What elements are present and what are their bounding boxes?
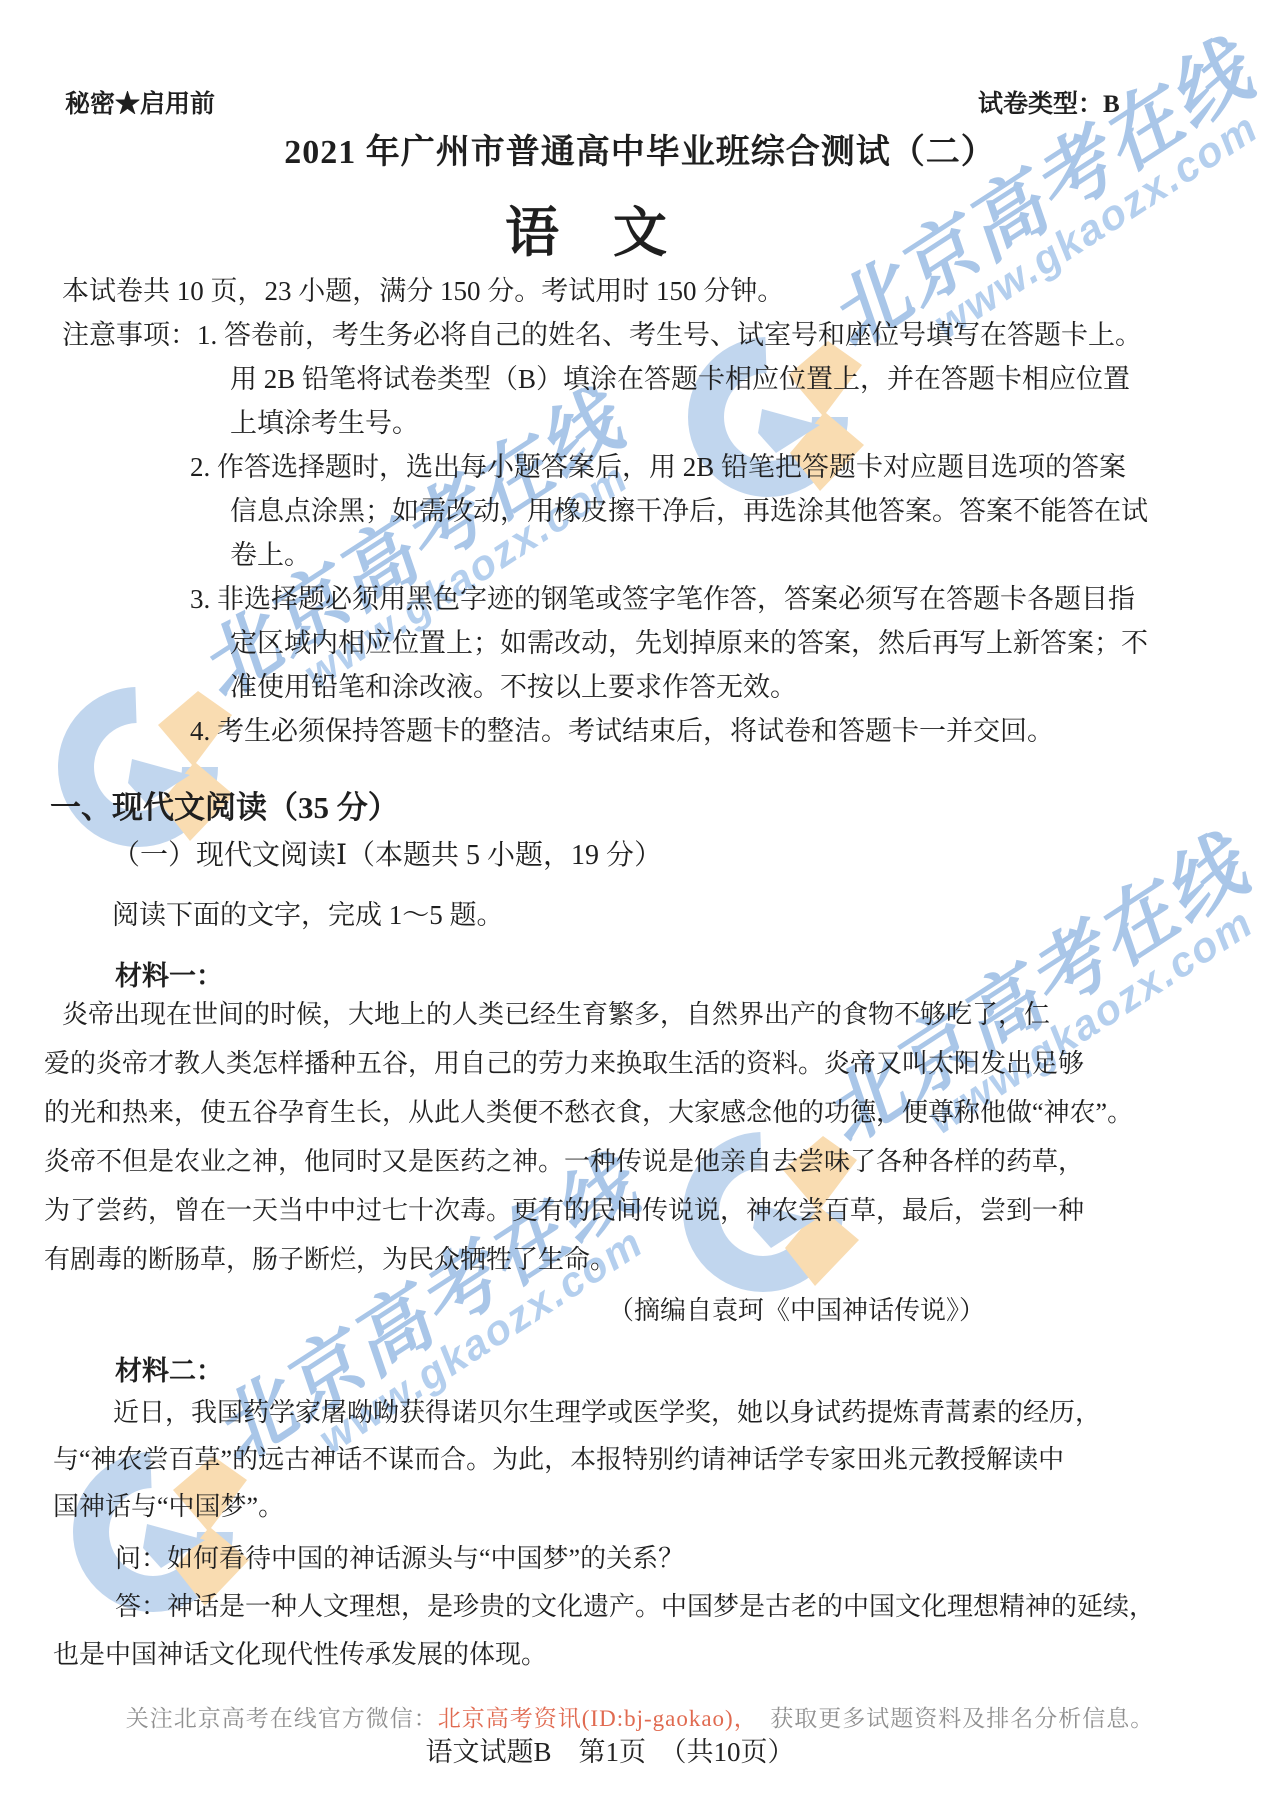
- section-heading: 一、现代文阅读（35 分）: [50, 782, 399, 827]
- footnote-highlight: 北京高考资讯(ID:bj-gaokao)，: [438, 1706, 746, 1731]
- material1-paragraph: 炎帝出现在世间的时候，大地上的人类已经生育繁多，自然界出产的食物不够吃了，仁 爱…: [44, 990, 1133, 1284]
- material1-line: 炎帝不但是农业之神，他同时又是医药之神。一种传说是他亲自去尝味了各种各样的药草，: [44, 1137, 1133, 1186]
- footnote-suffix: 获取更多试题资料及排名分析信息。: [746, 1706, 1154, 1731]
- material1-source: （摘编自袁珂《中国神话传说》）: [608, 1290, 985, 1327]
- exam-instructions: 本试卷共 10 页，23 小题，满分 150 分。考试用时 150 分钟。 注意…: [62, 269, 1240, 753]
- paper-content: 秘密★启用前 试卷类型：B 2021 年广州市普通高中毕业班综合测试（二） 语 …: [0, 0, 1280, 1817]
- material1-line: 的光和热来，使五谷孕育生长，从此人类便不愁衣食，大家感念他的功德，便尊称他做“神…: [44, 1088, 1133, 1137]
- qa-question: 问：如何看待中国的神话源头与“中国梦”的关系？: [53, 1535, 1155, 1583]
- subsection-heading: （一）现代文阅读Ⅰ（本题共 5 小题，19 分）: [112, 833, 662, 873]
- footnote-prefix: 关注北京高考在线官方微信：: [126, 1706, 438, 1731]
- secrecy-label: 秘密★启用前: [65, 84, 215, 120]
- intro-line: 上填涂考生号。: [230, 401, 1240, 445]
- intro-line: 卷上。: [230, 533, 1240, 577]
- material2-paragraph: 近日，我国药学家屠呦呦获得诺贝尔生理学或医学奖，她以身试药提炼青蒿素的经历， 与…: [53, 1389, 1101, 1530]
- paper-type-label: 试卷类型：B: [978, 84, 1120, 120]
- intro-line: 定区域内相应位置上；如需改动，先划掉原来的答案，然后再写上新答案；不: [230, 621, 1240, 665]
- intro-line: 准使用铅笔和涂改液。不按以上要求作答无效。: [230, 665, 1240, 709]
- page-title: 2021 年广州市普通高中毕业班综合测试（二）: [0, 124, 1280, 173]
- material2-line: 近日，我国药学家屠呦呦获得诺贝尔生理学或医学奖，她以身试药提炼青蒿素的经历，: [53, 1389, 1101, 1436]
- qa-answer-line: 答：神话是一种人文理想，是珍贵的文化遗产。中国梦是古老的中国文化理想精神的延续，: [53, 1583, 1155, 1631]
- intro-line: 本试卷共 10 页，23 小题，满分 150 分。考试用时 150 分钟。: [62, 269, 1240, 313]
- qa-answer-line: 也是中国神话文化现代性传承发展的体现。: [53, 1631, 1155, 1679]
- material2-label: 材料二：: [115, 1349, 223, 1388]
- material1-line: 为了尝药，曾在一天当中中过七十次毒。更有的民间传说说，神农尝百草，最后，尝到一种: [44, 1186, 1133, 1235]
- intro-line: 4. 考生必须保持答题卡的整洁。考试结束后，将试卷和答题卡一并交回。: [190, 709, 1240, 753]
- material2-line: 与“神农尝百草”的远古神话不谋而合。为此，本报特别约请神话学专家田兆元教授解读中: [53, 1436, 1101, 1483]
- intro-line: 信息点涂黑；如需改动，用橡皮擦干净后，再选涂其他答案。答案不能答在试: [230, 489, 1240, 533]
- intro-line: 2. 作答选择题时，选出每小题答案后，用 2B 铅笔把答题卡对应题目选项的答案: [190, 445, 1240, 489]
- exam-paper-page: 北京高考在线 www.gkaozx.com 北京高考在线 www.gkaozx.…: [0, 0, 1280, 1817]
- material1-line: 爱的炎帝才教人类怎样播种五谷，用自己的劳力来换取生活的资料。炎帝又叫太阳发出足够: [44, 1039, 1133, 1088]
- material1-line: 有剧毒的断肠草，肠子断烂，为民众牺牲了生命。: [44, 1235, 1133, 1284]
- material1-line: 炎帝出现在世间的时候，大地上的人类已经生育繁多，自然界出产的食物不够吃了，仁: [44, 990, 1133, 1039]
- subject-title: 语 文: [505, 190, 667, 267]
- reading-task: 阅读下面的文字，完成 1～5 题。: [112, 893, 504, 932]
- page-footer: 语文试题B 第1页 （共10页）: [0, 1730, 1220, 1769]
- promo-footnote: 关注北京高考在线官方微信：北京高考资讯(ID:bj-gaokao)， 获取更多试…: [0, 1700, 1280, 1733]
- interview-qa: 问：如何看待中国的神话源头与“中国梦”的关系？ 答：神话是一种人文理想，是珍贵的…: [53, 1535, 1155, 1679]
- material1-label: 材料一：: [115, 954, 223, 993]
- material2-line: 国神话与“中国梦”。: [53, 1483, 1101, 1530]
- intro-line: 注意事项：1. 答卷前，考生务必将自己的姓名、考生号、试室号和座位号填写在答题卡…: [62, 313, 1240, 357]
- intro-line: 3. 非选择题必须用黑色字迹的钢笔或签字笔作答，答案必须写在答题卡各题目指: [190, 577, 1240, 621]
- intro-line: 用 2B 铅笔将试卷类型（B）填涂在答题卡相应位置上，并在答题卡相应位置: [230, 357, 1240, 401]
